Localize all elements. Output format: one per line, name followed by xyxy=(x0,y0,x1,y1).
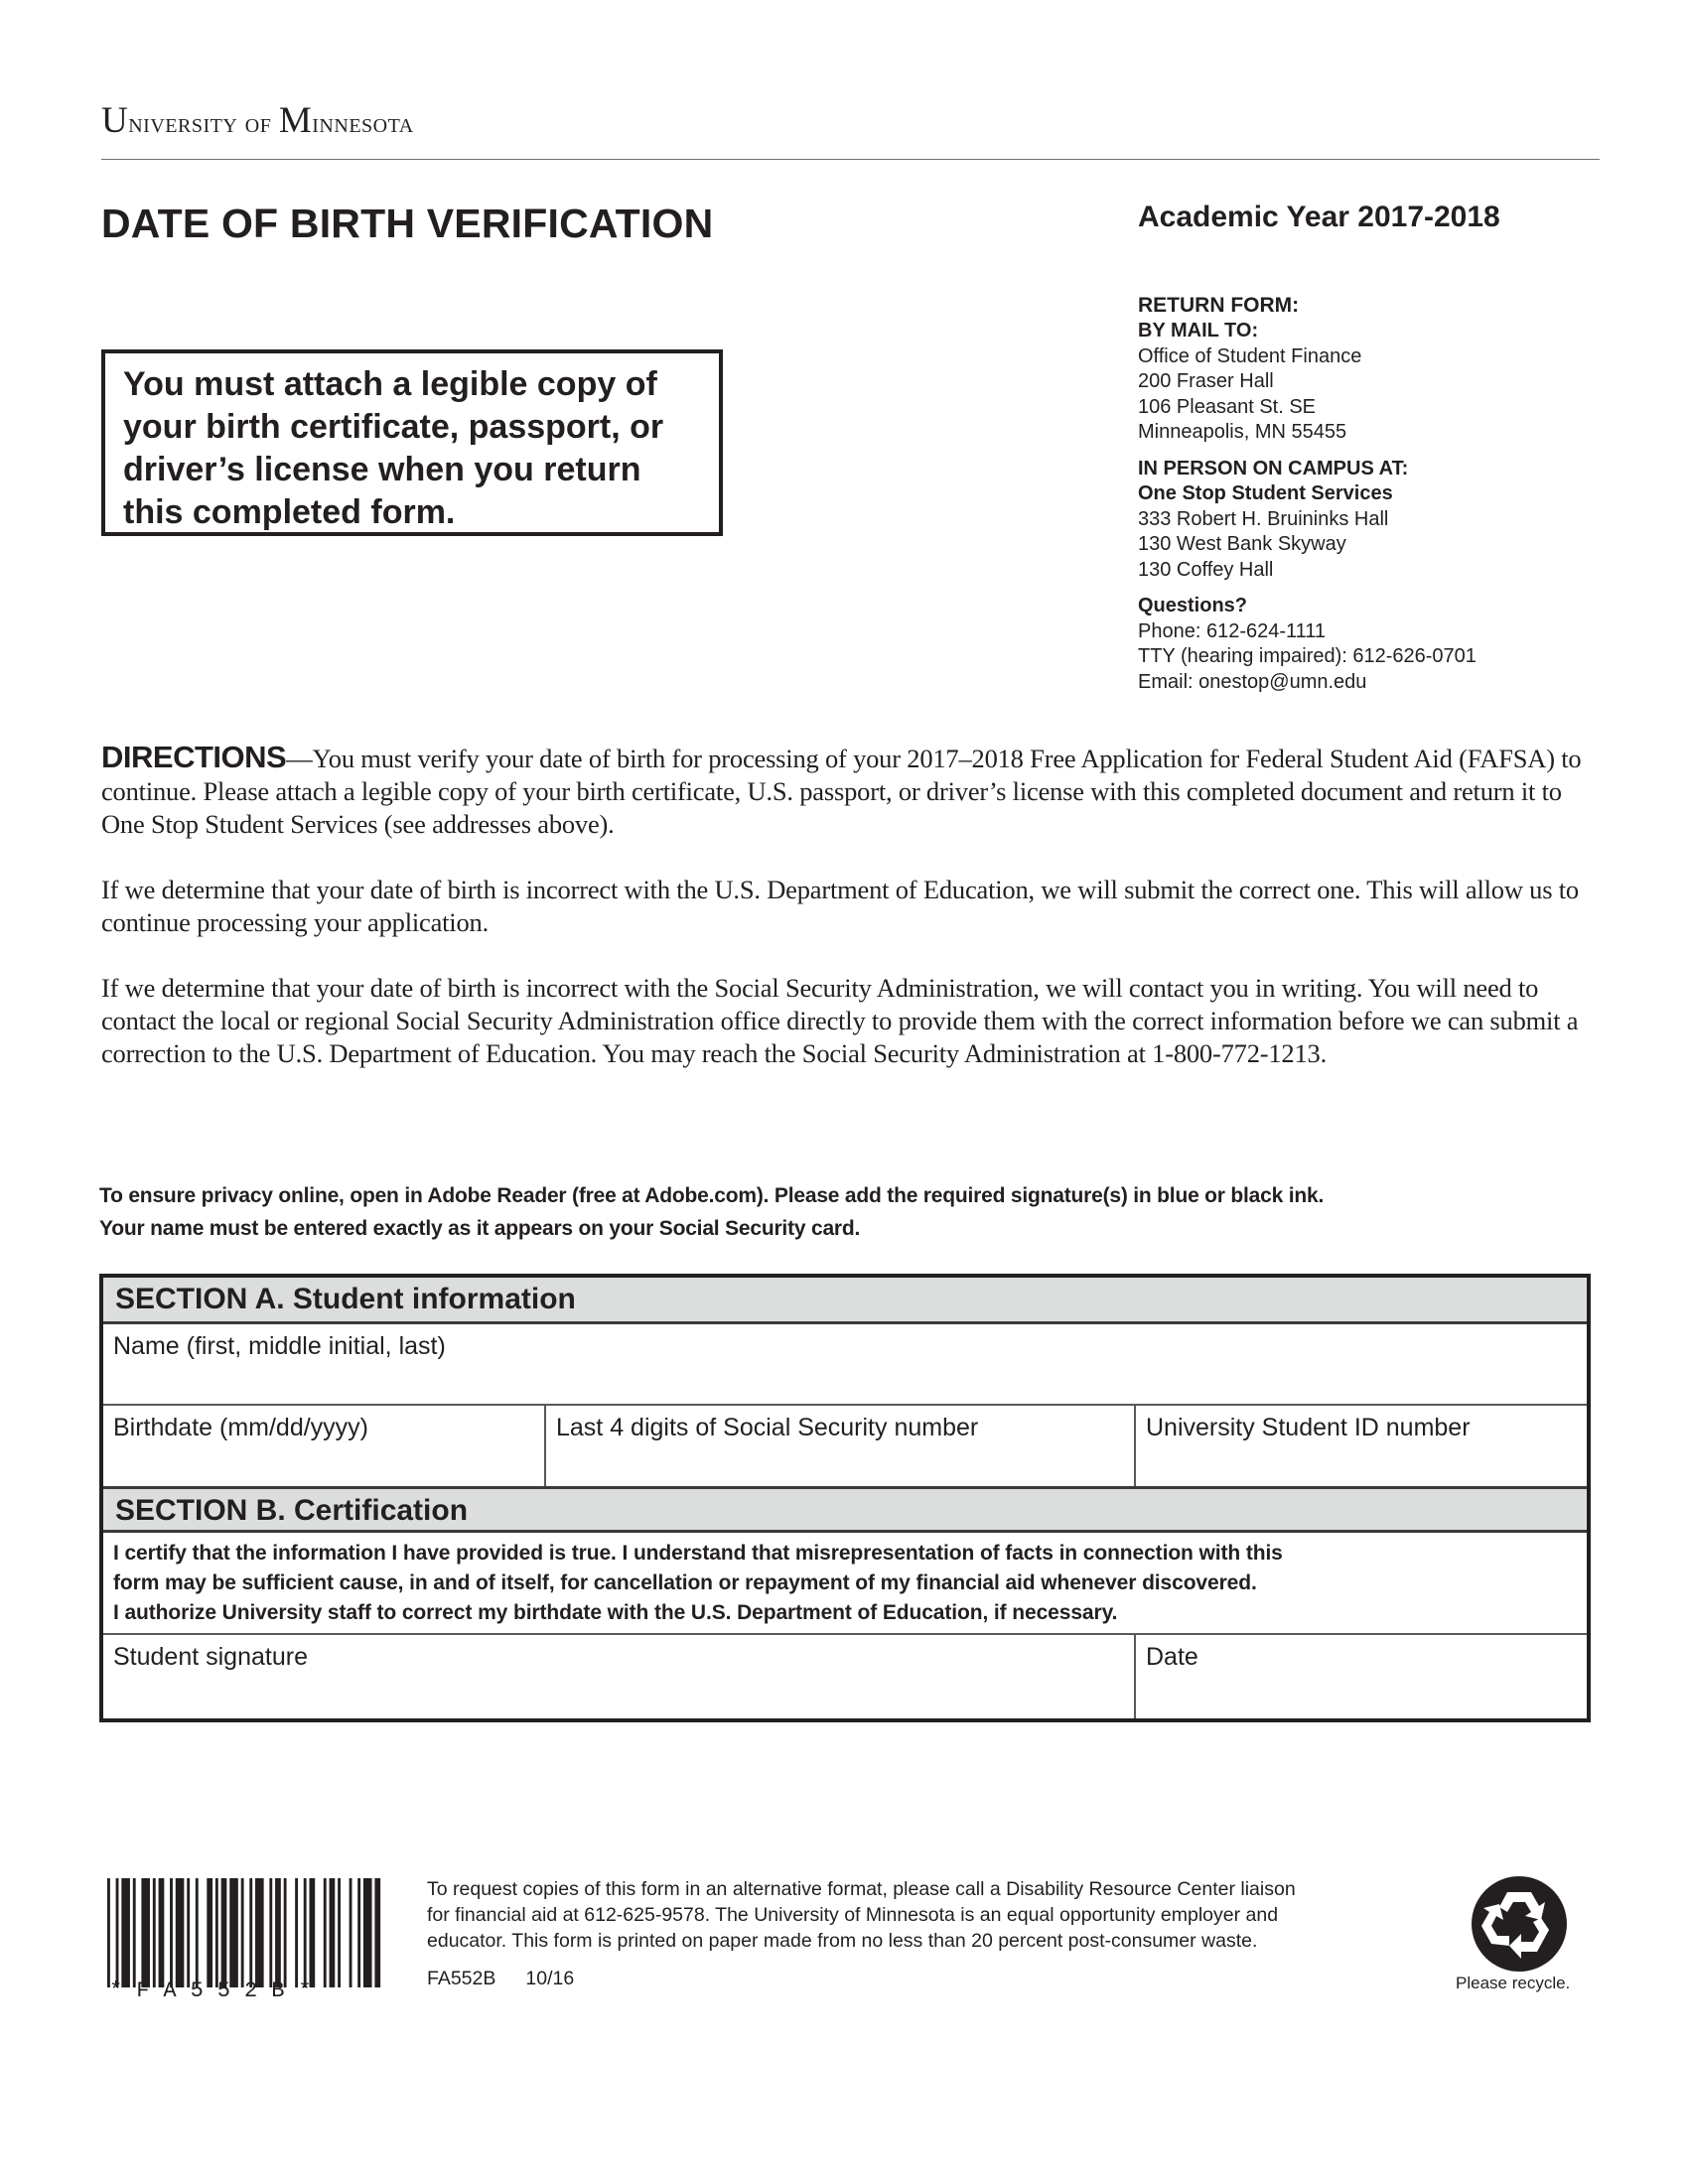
return-form-heading: RETURN FORM: xyxy=(1138,292,1595,319)
section-b-heading: SECTION B. Certification xyxy=(103,1486,1587,1533)
in-person-line: 130 Coffey Hall xyxy=(1138,558,1595,584)
notice-line: To request copies of this form in an alt… xyxy=(427,1876,1430,1902)
by-mail-heading: BY MAIL TO: xyxy=(1138,319,1595,344)
notice-line: educator. This form is printed on paper … xyxy=(427,1928,1430,1954)
name-label: Name (first, middle initial, last) xyxy=(113,1332,446,1360)
directions-paragraph-2: If we determine that your date of birth … xyxy=(101,874,1601,939)
questions-heading: Questions? xyxy=(1138,594,1595,619)
form-identifier: FA552B10/16 xyxy=(427,1968,574,1990)
mail-line: 200 Fraser Hall xyxy=(1138,369,1595,395)
directions-lead: DIRECTIONS xyxy=(101,740,286,774)
page-title: DATE OF BIRTH VERIFICATION xyxy=(101,201,713,247)
header-divider xyxy=(101,159,1600,160)
privacy-line-2: Your name must be entered exactly as it … xyxy=(99,1212,1609,1245)
student-id-field[interactable]: University Student ID number xyxy=(1136,1406,1587,1486)
student-id-label: University Student ID number xyxy=(1146,1414,1471,1441)
phone: Phone: 612-624-1111 xyxy=(1138,619,1595,645)
mail-line: Office of Student Finance xyxy=(1138,344,1595,370)
birthdate-field[interactable]: Birthdate (mm/dd/yyyy) xyxy=(103,1406,544,1486)
email-link[interactable]: Email: onestop@umn.edu xyxy=(1138,670,1595,696)
form-date: 10/16 xyxy=(525,1968,574,1989)
student-signature-field[interactable]: Student signature xyxy=(103,1635,1134,1718)
form-number: FA552B xyxy=(427,1968,495,1989)
directions: DIRECTIONS—You must verify your date of … xyxy=(101,741,1601,1103)
recycle-icon xyxy=(1470,1874,1569,1974)
signature-label: Student signature xyxy=(113,1643,308,1671)
privacy-note: To ensure privacy online, open in Adobe … xyxy=(99,1179,1609,1245)
recycle-label: Please recycle. xyxy=(1456,1974,1570,1993)
date-field[interactable]: Date xyxy=(1136,1635,1587,1718)
in-person-line: 333 Robert H. Bruininks Hall xyxy=(1138,507,1595,533)
notice-line: for financial aid at 612-625-9578. The U… xyxy=(427,1902,1430,1928)
mail-line: 106 Pleasant St. SE xyxy=(1138,395,1595,421)
academic-year: Academic Year 2017-2018 xyxy=(1138,201,1500,234)
cert-line: I certify that the information I have pr… xyxy=(113,1539,1577,1569)
cert-line: form may be sufficient cause, in and of … xyxy=(113,1569,1577,1598)
attach-notice-box: You must attach a legible copy of your b… xyxy=(101,349,723,536)
mail-line: Minneapolis, MN 55455 xyxy=(1138,420,1595,446)
accessibility-notice: To request copies of this form in an alt… xyxy=(427,1876,1430,1954)
ssn-last4-field[interactable]: Last 4 digits of Social Security number xyxy=(546,1406,1134,1486)
in-person-heading: IN PERSON ON CAMPUS AT: xyxy=(1138,457,1595,482)
date-label: Date xyxy=(1146,1643,1198,1671)
section-a-heading: SECTION A. Student information xyxy=(103,1278,1587,1324)
return-form-info: RETURN FORM: BY MAIL TO: Office of Stude… xyxy=(1138,292,1595,695)
certification-text: I certify that the information I have pr… xyxy=(103,1533,1587,1633)
directions-text: —You must verify your date of birth for … xyxy=(101,744,1581,839)
in-person-office: One Stop Student Services xyxy=(1138,481,1595,507)
name-field[interactable]: Name (first, middle initial, last) xyxy=(103,1324,1587,1404)
barcode-text: *FA552B* xyxy=(109,1979,387,2003)
student-form: SECTION A. Student information Name (fir… xyxy=(99,1274,1591,1722)
ssn-label: Last 4 digits of Social Security number xyxy=(556,1414,978,1441)
barcode-icon xyxy=(107,1878,383,1987)
directions-paragraph-3: If we determine that your date of birth … xyxy=(101,972,1601,1070)
tty-phone: TTY (hearing impaired): 612-626-0701 xyxy=(1138,644,1595,670)
directions-paragraph-1: DIRECTIONS—You must verify your date of … xyxy=(101,741,1601,841)
university-wordmark: University of Minnesota xyxy=(101,99,414,142)
birthdate-label: Birthdate (mm/dd/yyyy) xyxy=(113,1414,368,1441)
in-person-line: 130 West Bank Skyway xyxy=(1138,532,1595,558)
cert-line: I authorize University staff to correct … xyxy=(113,1598,1577,1628)
privacy-line-1: To ensure privacy online, open in Adobe … xyxy=(99,1179,1609,1212)
